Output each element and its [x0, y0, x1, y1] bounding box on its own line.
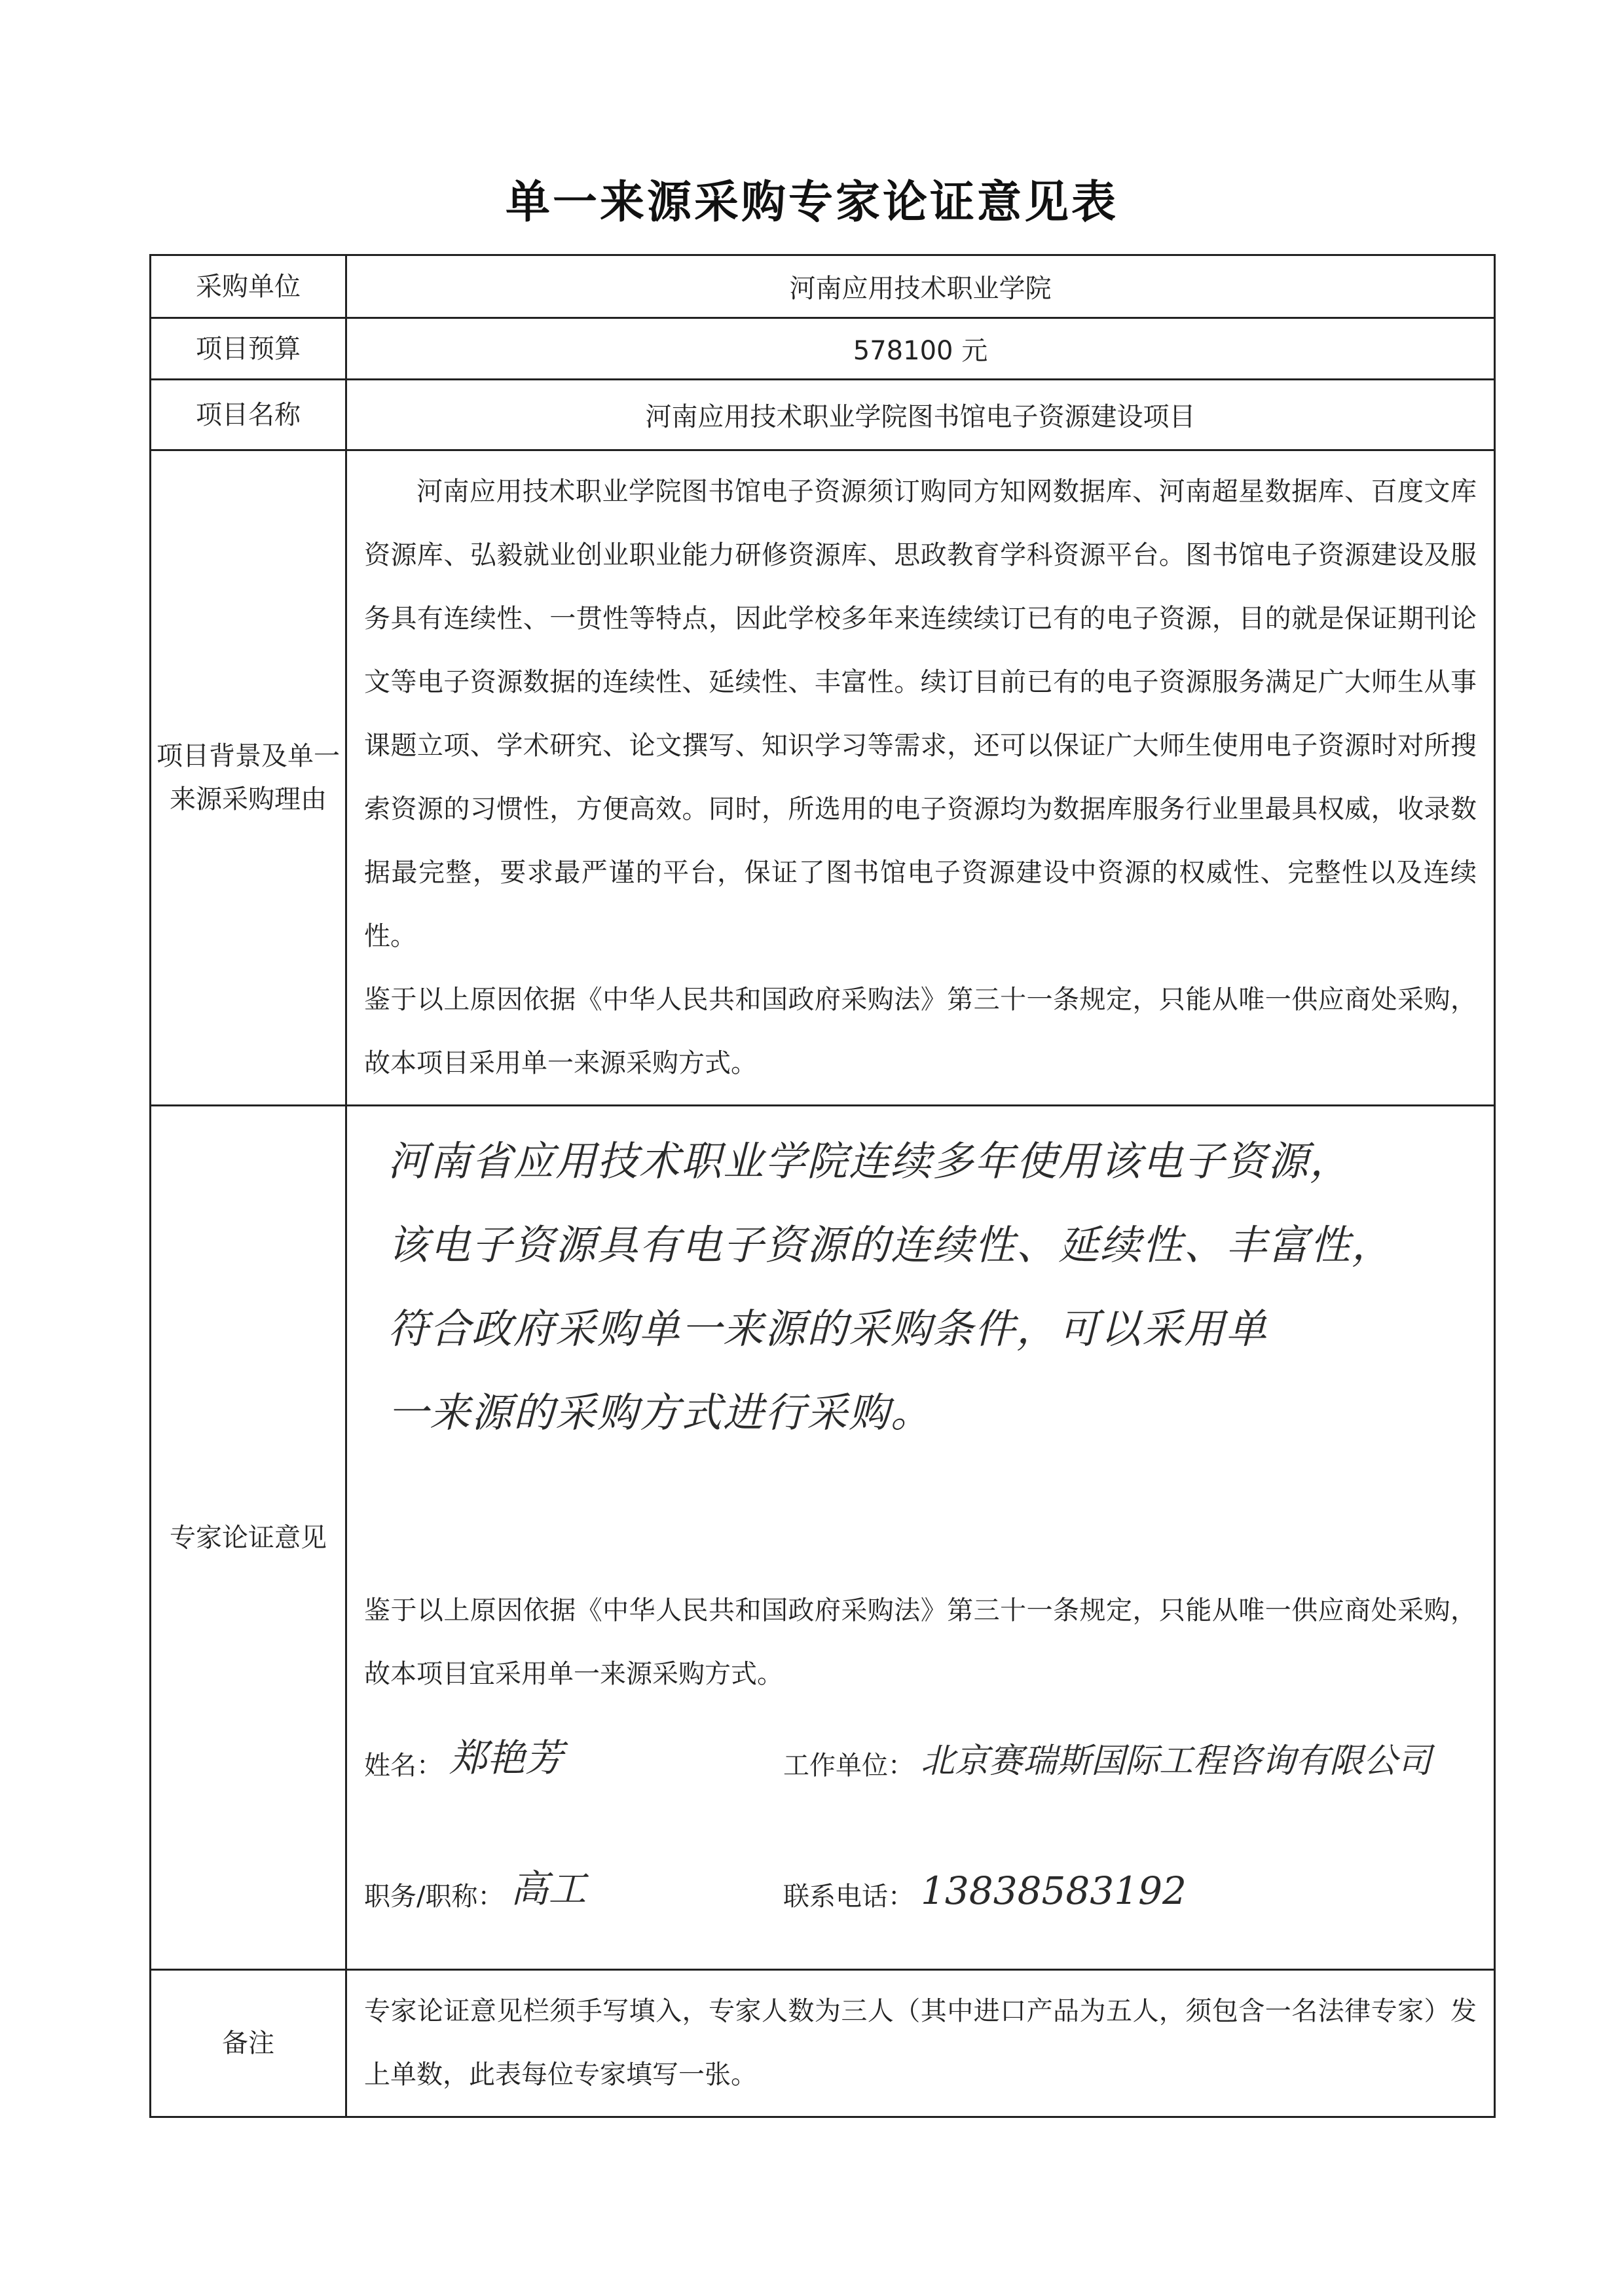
handwritten-line: 一来源的采购方式进行采购。	[388, 1371, 1477, 1455]
expert-opinion-content: 河南省应用技术职业学院连续多年使用该电子资源， 该电子资源具有电子资源的连续性、…	[346, 1106, 1495, 1970]
phone-label: 联系电话：	[783, 1876, 914, 1913]
phone-handwritten: 13838583192	[921, 1868, 1187, 1913]
purchaser-value: 河南应用技术职业学院	[346, 255, 1495, 318]
position-handwritten: 高工	[510, 1858, 586, 1913]
background-legal-basis: 鉴于以上原因依据《中华人民共和国政府采购法》第三十一条规定，只能从唯一供应商处采…	[364, 968, 1477, 1095]
project-name-value: 河南应用技术职业学院图书馆电子资源建设项目	[346, 380, 1495, 450]
background-content: 河南应用技术职业学院图书馆电子资源须订购同方知网数据库、河南超星数据库、百度文库…	[346, 450, 1495, 1106]
signature-row-1: 姓名： 郑艳芳 工作单位： 北京赛瑞斯国际工程咨询有限公司	[364, 1710, 1477, 1782]
name-signature: 郑艳芳	[449, 1727, 563, 1782]
handwritten-line: 该电子资源具有电子资源的连续性、延续性、丰富性，	[388, 1203, 1477, 1287]
expert-opinion-label: 专家论证意见	[151, 1106, 346, 1970]
remarks-content: 专家论证意见栏须手写填入，专家人数为三人（其中进口产品为五人，须包含一名法律专家…	[346, 1970, 1495, 2117]
handwritten-line: 河南省应用技术职业学院连续多年使用该电子资源，	[388, 1120, 1477, 1203]
row-expert-opinion: 专家论证意见 河南省应用技术职业学院连续多年使用该电子资源， 该电子资源具有电子…	[151, 1106, 1495, 1970]
budget-value: 578100 元	[346, 318, 1495, 380]
name-label: 姓名：	[364, 1745, 443, 1782]
row-remarks: 备注 专家论证意见栏须手写填入，专家人数为三人（其中进口产品为五人，须包含一名法…	[151, 1970, 1495, 2117]
expert-opinion-form: 采购单位 河南应用技术职业学院 项目预算 578100 元 项目名称 河南应用技…	[149, 254, 1496, 2118]
signature-row-2: 职务/职称： 高工 联系电话： 13838583192	[364, 1841, 1477, 1913]
purchaser-label: 采购单位	[151, 255, 346, 318]
remarks-text: 专家论证意见栏须手写填入，专家人数为三人（其中进口产品为五人，须包含一名法律专家…	[364, 1980, 1477, 2107]
handwritten-opinion: 河南省应用技术职业学院连续多年使用该电子资源， 该电子资源具有电子资源的连续性、…	[364, 1120, 1477, 1455]
row-project-name: 项目名称 河南应用技术职业学院图书馆电子资源建设项目	[151, 380, 1495, 450]
background-label: 项目背景及单一来源采购理由	[151, 450, 346, 1106]
row-purchaser: 采购单位 河南应用技术职业学院	[151, 255, 1495, 318]
position-label: 职务/职称：	[364, 1876, 504, 1913]
employer-handwritten: 北京赛瑞斯国际工程咨询有限公司	[921, 1733, 1431, 1782]
row-background: 项目背景及单一来源采购理由 河南应用技术职业学院图书馆电子资源须订购同方知网数据…	[151, 450, 1495, 1106]
row-budget: 项目预算 578100 元	[151, 318, 1495, 380]
remarks-label: 备注	[151, 1970, 346, 2117]
budget-label: 项目预算	[151, 318, 346, 380]
expert-conclusion: 鉴于以上原因依据《中华人民共和国政府采购法》第三十一条规定，只能从唯一供应商处采…	[364, 1579, 1477, 1706]
project-name-label: 项目名称	[151, 380, 346, 450]
employer-label: 工作单位：	[783, 1745, 914, 1782]
background-paragraph: 河南应用技术职业学院图书馆电子资源须订购同方知网数据库、河南超星数据库、百度文库…	[364, 460, 1477, 968]
document-title: 单一来源采购专家论证意见表	[0, 167, 1624, 230]
handwritten-line: 符合政府采购单一来源的采购条件，可以采用单	[388, 1287, 1477, 1371]
